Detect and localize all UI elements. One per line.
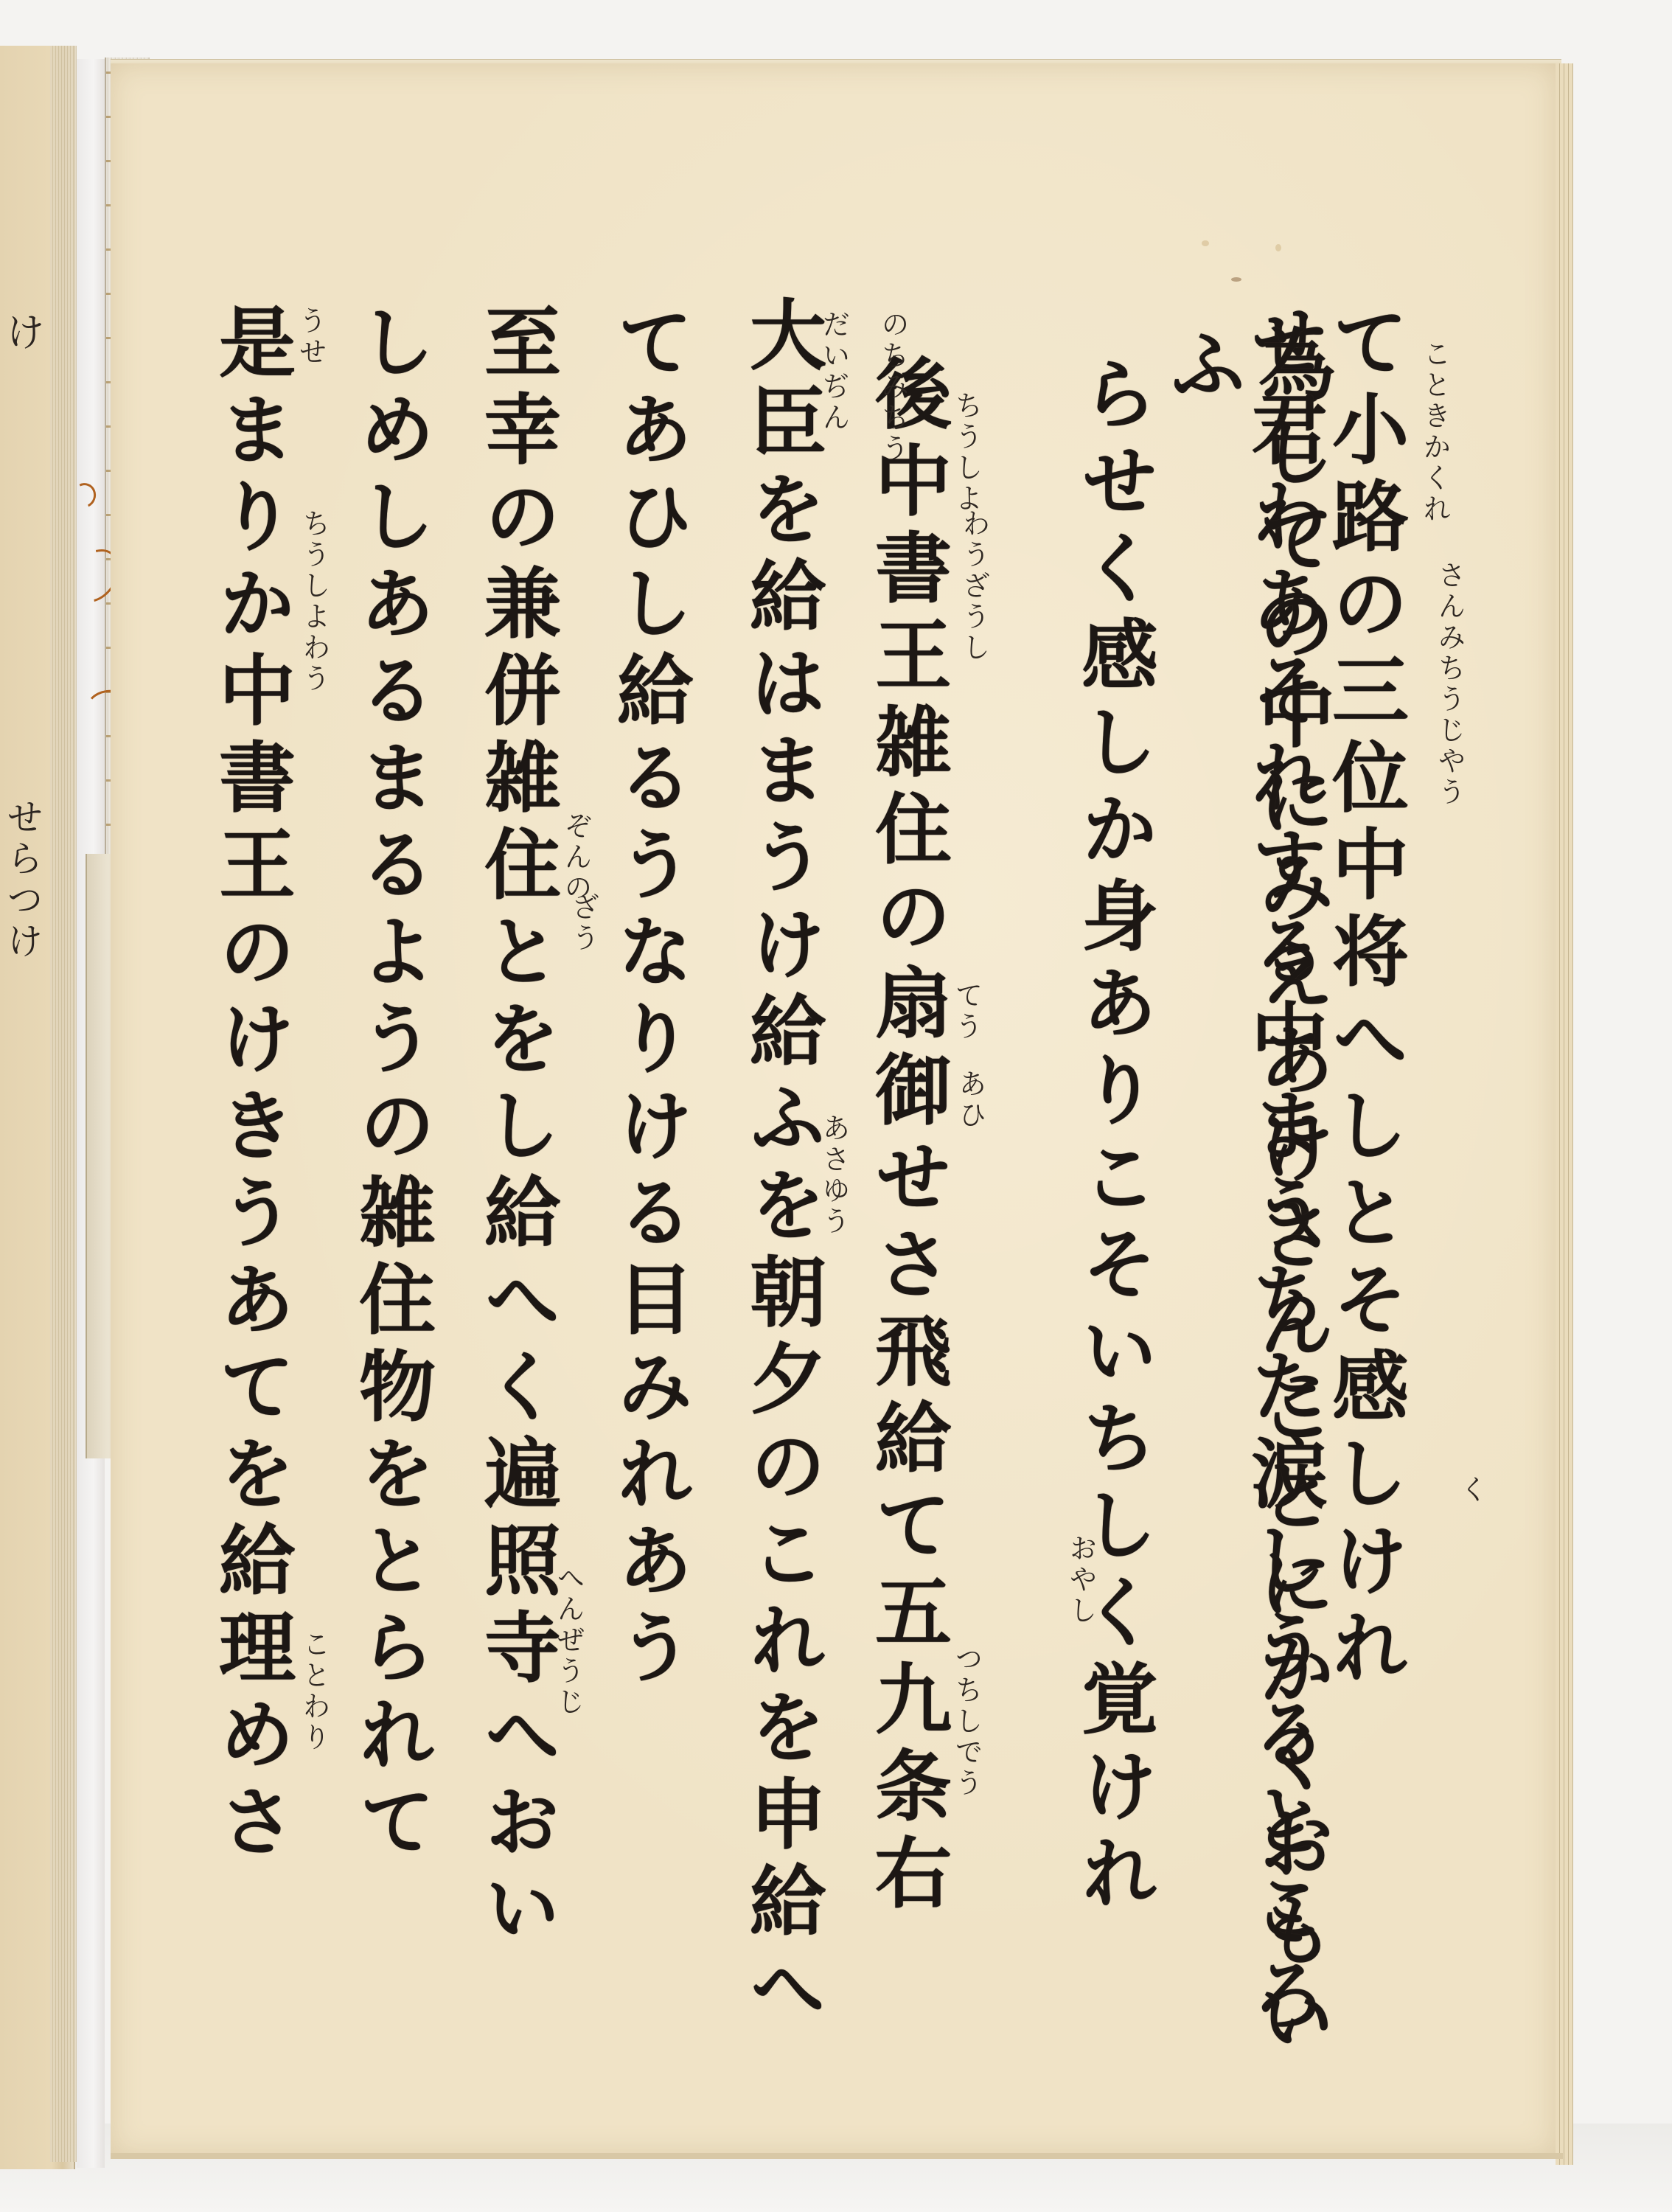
furigana: ことわり: [299, 1630, 330, 1753]
left-page-edge-stack: [50, 46, 77, 2162]
furigana: さんみちうじやう: [1434, 560, 1465, 808]
left-page-text-fragment: せらつけ: [0, 798, 44, 963]
page-bottom-edge: [111, 2153, 1563, 2159]
text-column-7: てあひし給るうなりける目みれあう: [605, 302, 693, 2072]
furigana: あさゆう: [818, 1113, 849, 1237]
text-column-3: 為しての中にみえあけさんことにかくおもいふ: [1157, 324, 1334, 2094]
page-right-edge-stack: [1556, 63, 1573, 2165]
furigana: てう: [951, 981, 982, 1043]
text-column-6: 大臣を給はまうけ給ふを朝夕のこれを申給へ: [737, 295, 826, 2065]
furigana: わうざうし: [958, 509, 989, 664]
text-column-9: しめしあるまるようの雑住物をとられて: [346, 302, 435, 2072]
furigana: ちうしよわう: [299, 509, 330, 695]
furigana: こときかくれ: [1419, 339, 1450, 525]
furigana: ちうしよ: [951, 391, 982, 515]
paper-stain: [1202, 240, 1209, 246]
paper-stain: [1231, 277, 1241, 282]
paper-stain: [1275, 244, 1281, 251]
furigana: だいぢん: [818, 310, 849, 434]
furigana: ぞんの: [560, 811, 591, 904]
furigana: おやし: [1065, 1534, 1096, 1627]
furigana: あひ: [955, 1069, 986, 1131]
left-page-text-fragment: け: [0, 311, 44, 355]
furigana: へんぜうじ: [553, 1563, 584, 1718]
furigana: く: [1456, 1475, 1487, 1506]
text-column-4: らせく感しか身ありこそいちしく覚けれ: [1069, 354, 1157, 2065]
furigana: うせ: [295, 306, 326, 368]
furigana: つちしでう: [951, 1644, 982, 1799]
furigana: のちみちう: [877, 310, 908, 465]
text-column-8: 至幸の兼併雑住とをし給へく遍照寺へおい: [472, 302, 560, 2072]
text-column-10: 是まりか中書王のけきうあてを給理めさ: [206, 302, 295, 2072]
text-column-5: 後中書王雑住の扇御せさ飛給て五九条右: [863, 354, 951, 2065]
furigana: ざう: [568, 892, 599, 954]
